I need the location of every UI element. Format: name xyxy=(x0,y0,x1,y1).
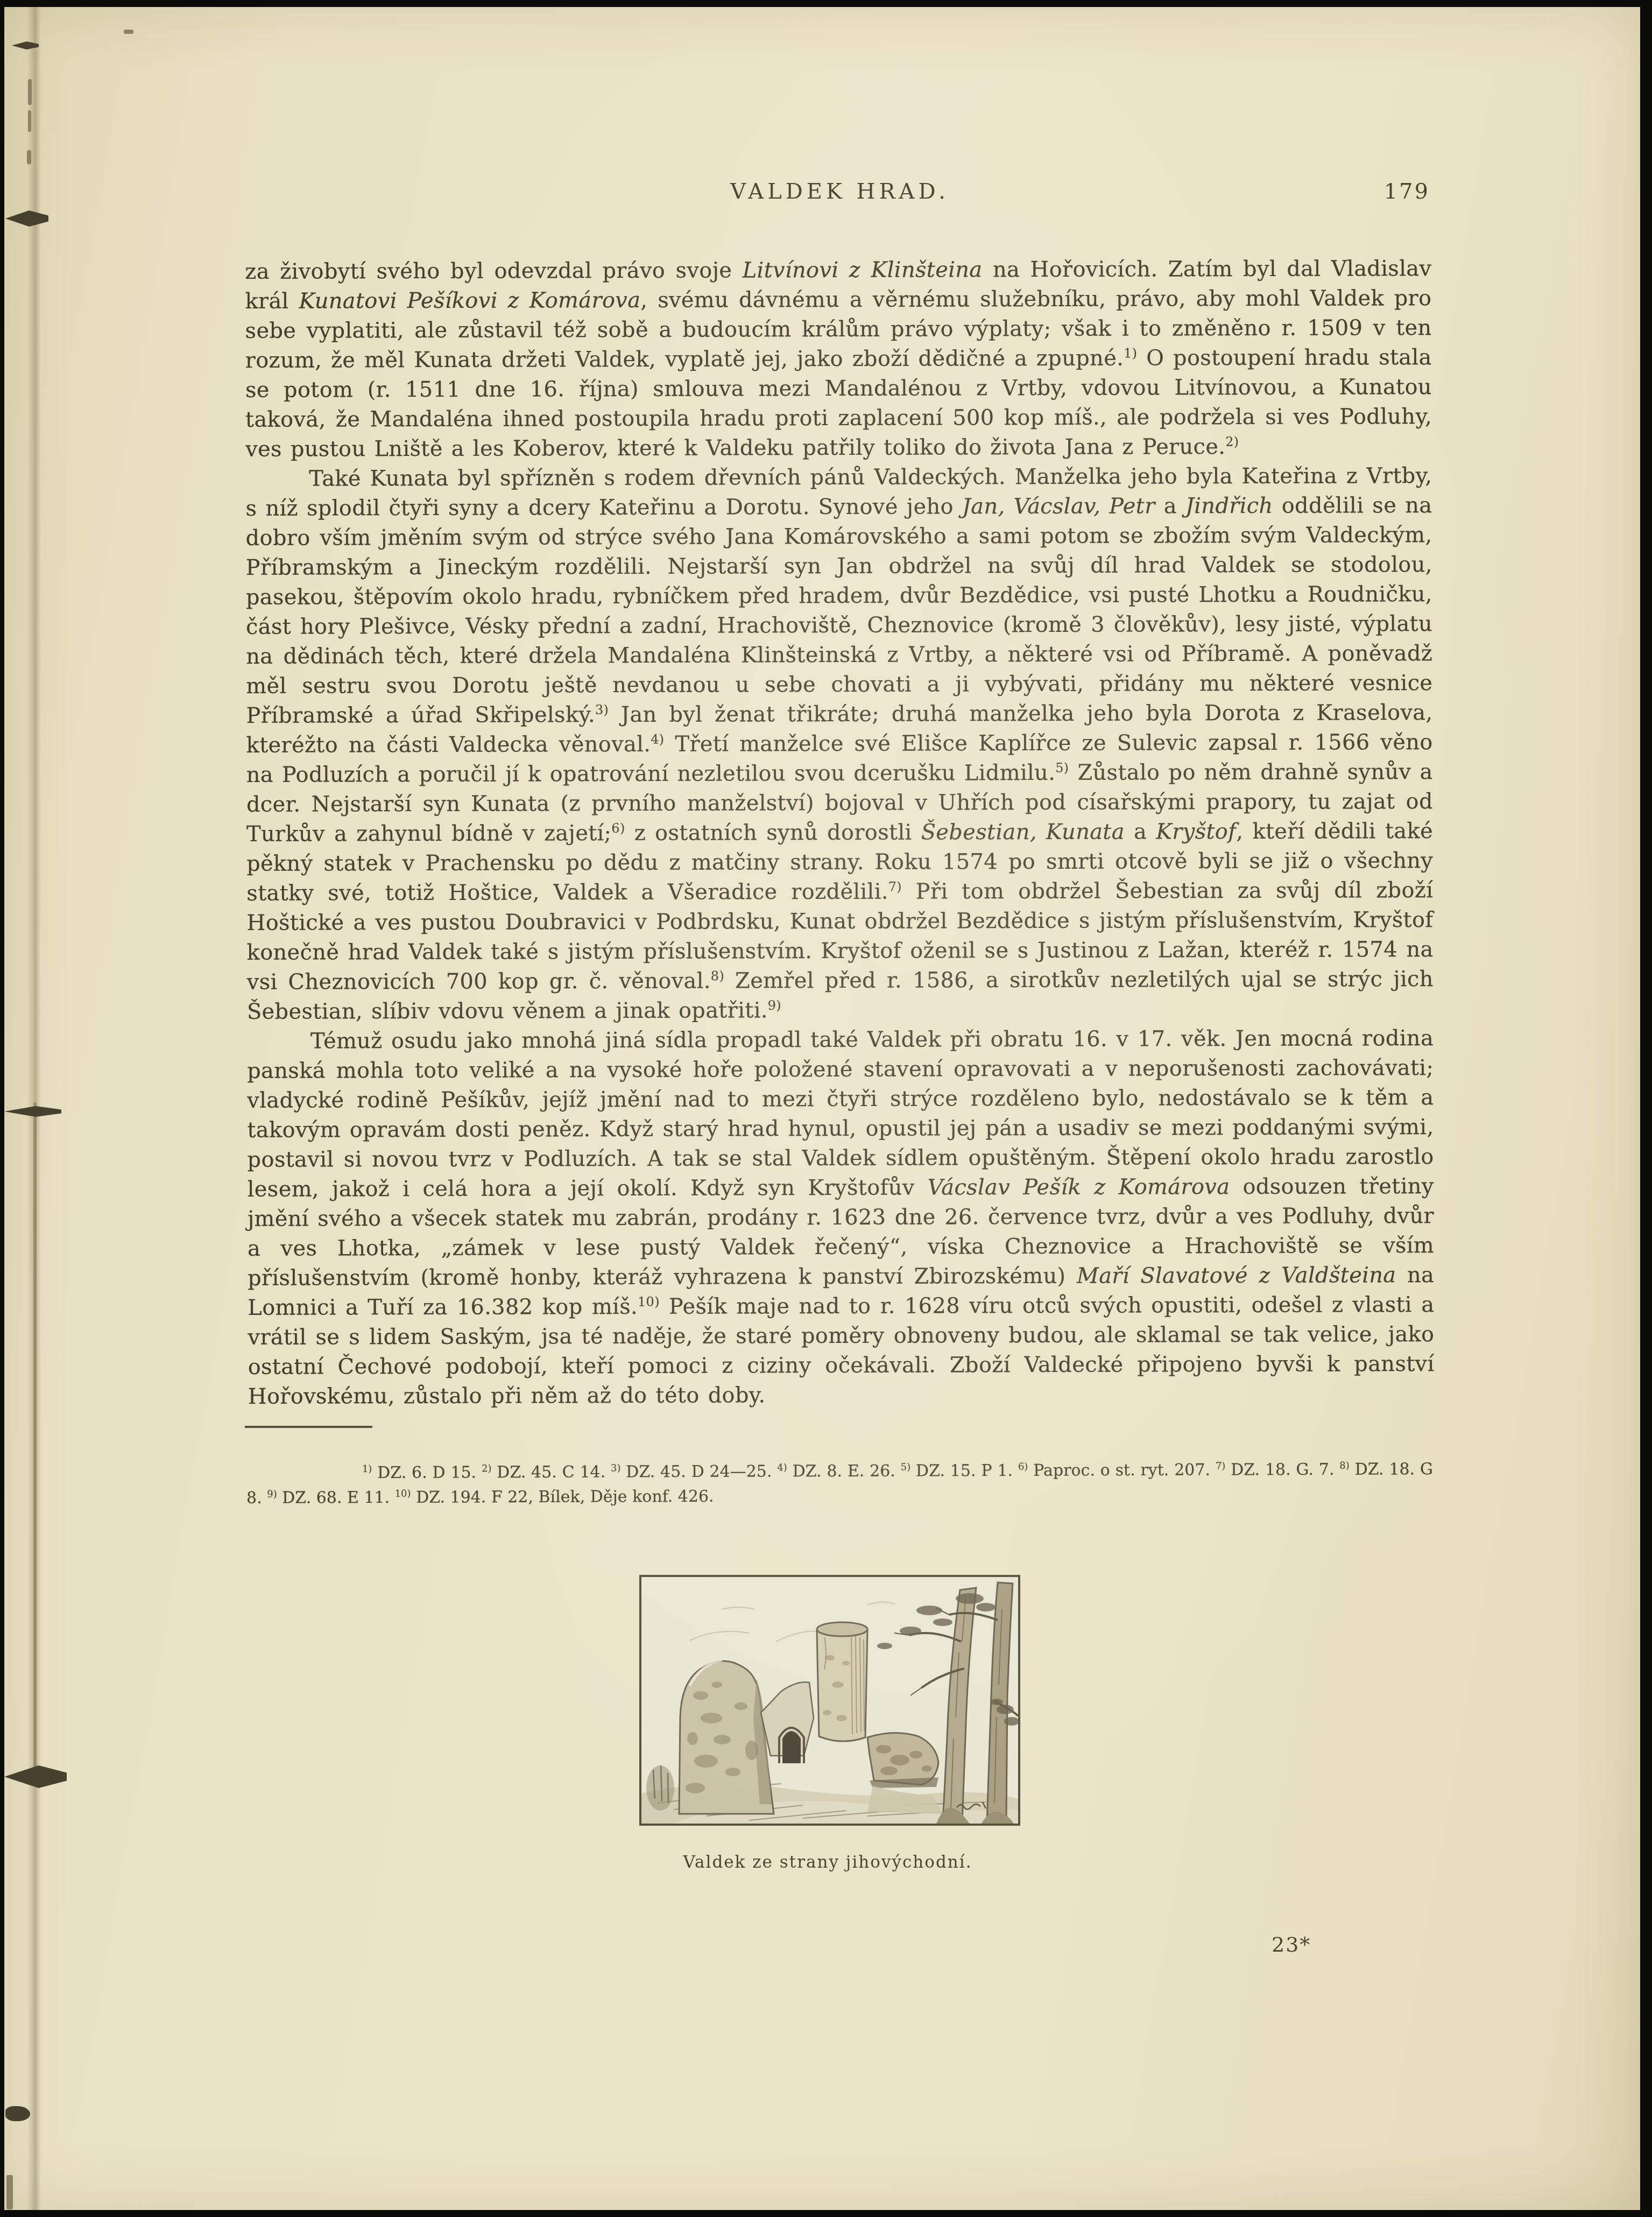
binding-crease xyxy=(27,7,41,2210)
binding-crease-line xyxy=(33,1102,37,1783)
footer-signature-mark: 23* xyxy=(1272,1933,1311,1956)
paragraph: Témuž osudu jako mnohá jiná sídla propad… xyxy=(247,1024,1435,1412)
valdek-ruins-engraving xyxy=(641,1577,1018,1824)
page-edge-top xyxy=(0,0,1652,7)
page-header: VALDEK HRAD. 179 xyxy=(246,179,1433,212)
ink-mark xyxy=(124,30,133,34)
ink-mark xyxy=(5,210,48,227)
page-title: VALDEK HRAD. xyxy=(246,179,1433,204)
ink-mark xyxy=(4,1765,67,1788)
page-edge-bottom xyxy=(0,2209,1652,2217)
paragraph: Také Kunata byl spřízněn s rodem dřevníc… xyxy=(245,461,1434,1027)
paper: VALDEK HRAD. 179 za živobytí svého byl o… xyxy=(4,7,1640,2210)
ink-mark xyxy=(6,2175,13,2209)
paragraph: za živobytí svého byl odevzdal právo svo… xyxy=(245,254,1432,464)
ink-mark xyxy=(12,41,39,50)
engraver-signature-scribble xyxy=(957,1802,986,1810)
page-number: 179 xyxy=(1384,179,1430,204)
ink-mark xyxy=(4,1106,61,1117)
ink-mark xyxy=(27,150,31,164)
ink-mark xyxy=(5,2106,30,2121)
footnote-rule xyxy=(245,1426,372,1428)
illustration-caption: Valdek ze strany jihovýchodní. xyxy=(612,1853,1043,1872)
footnotes-paragraph: 1) DZ. 6. D 15. 2) DZ. 45. C 14. 3) DZ. … xyxy=(246,1457,1433,1511)
page-edge-right xyxy=(1639,0,1652,2217)
ink-mark xyxy=(28,110,31,132)
illustration-figure xyxy=(639,1575,1020,1826)
ink-mark xyxy=(28,79,32,105)
body-text: za živobytí svého byl odevzdal právo svo… xyxy=(245,254,1435,1412)
